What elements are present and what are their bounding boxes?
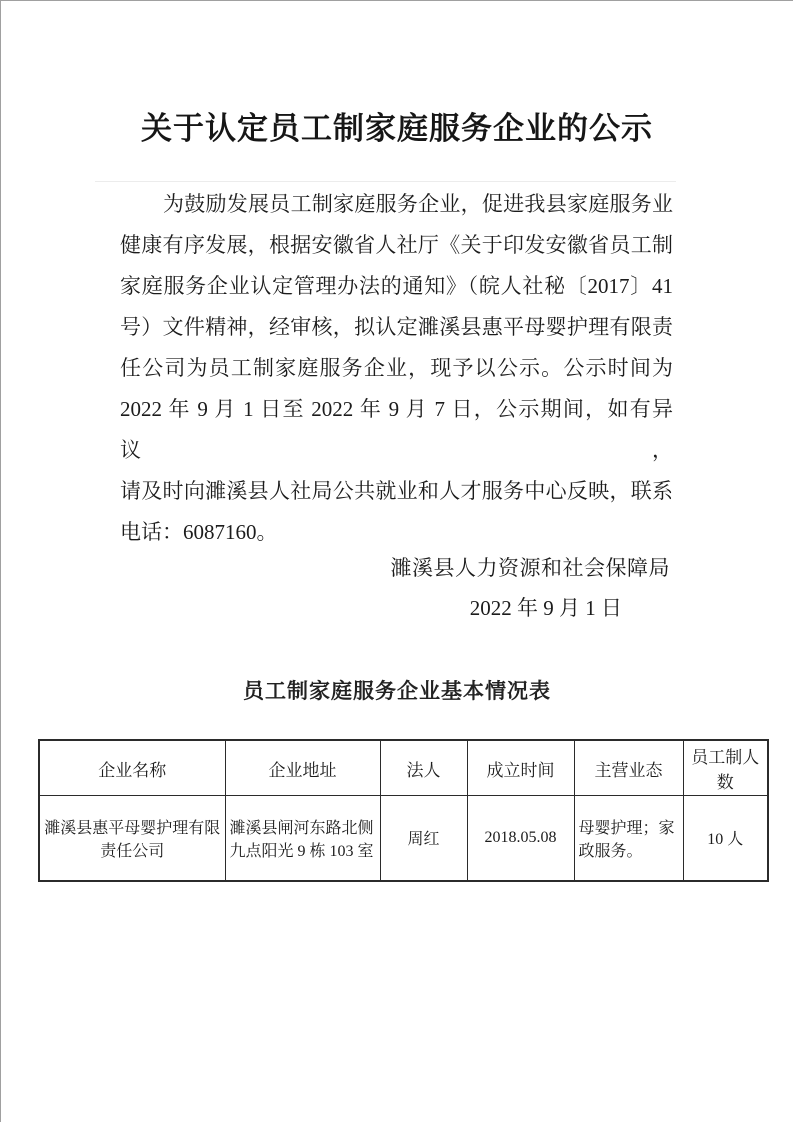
col-header-founded-date: 成立时间 bbox=[467, 740, 574, 796]
col-header-employee-count: 员工制人数 bbox=[683, 740, 768, 796]
cell-company-name: 濉溪县惠平母婴护理有限责任公司 bbox=[39, 796, 225, 881]
col-header-business-type: 主营业态 bbox=[574, 740, 683, 796]
faint-divider bbox=[95, 181, 676, 182]
page-title: 关于认定员工制家庭服务企业的公示 bbox=[1, 103, 793, 148]
enterprise-info-table: 企业名称 企业地址 法人 成立时间 主营业态 员工制人数 濉溪县惠平母婴护理有限… bbox=[38, 739, 769, 882]
issue-date: 2022 年 9 月 1 日 bbox=[470, 592, 622, 622]
issuer-signature: 濉溪县人力资源和社会保障局 bbox=[391, 552, 671, 582]
body-line: 请及时向濉溪县人社局公共就业和人才服务中心反映，联系 bbox=[120, 471, 673, 512]
col-header-legal-person: 法人 bbox=[380, 740, 467, 796]
table-caption: 员工制家庭服务企业基本情况表 bbox=[1, 675, 793, 705]
col-header-address: 企业地址 bbox=[225, 740, 380, 796]
body-line: 任公司为员工制家庭服务企业，现予以公示。公示时间为 bbox=[120, 348, 673, 389]
body-line: 健康有序发展，根据安徽省人社厅《关于印发安徽省员工制 bbox=[120, 225, 673, 266]
cell-address: 濉溪县闸河东路北侧九点阳光 9 栋 103 室 bbox=[225, 796, 380, 881]
announcement-page: 关于认定员工制家庭服务企业的公示 为鼓励发展员工制家庭服务企业，促进我县家庭服务… bbox=[0, 0, 793, 1122]
table-row: 濉溪县惠平母婴护理有限责任公司 濉溪县闸河东路北侧九点阳光 9 栋 103 室 … bbox=[39, 796, 768, 881]
body-line: 电话：6087160。 bbox=[120, 512, 673, 553]
body-line: 为鼓励发展员工制家庭服务企业，促进我县家庭服务业 bbox=[120, 184, 673, 225]
col-header-company-name: 企业名称 bbox=[39, 740, 225, 796]
cell-business-type: 母婴护理；家政服务。 bbox=[574, 796, 683, 881]
cell-legal-person: 周红 bbox=[380, 796, 467, 881]
cell-employee-count: 10 人 bbox=[683, 796, 768, 881]
body-line: 2022 年 9 月 1 日至 2022 年 9 月 7 日，公示期间，如有异议… bbox=[120, 389, 673, 471]
cell-founded-date: 2018.05.08 bbox=[467, 796, 574, 881]
announcement-body: 为鼓励发展员工制家庭服务企业，促进我县家庭服务业 健康有序发展，根据安徽省人社厅… bbox=[120, 184, 673, 553]
body-line: 号）文件精神，经审核，拟认定濉溪县惠平母婴护理有限责 bbox=[120, 307, 673, 348]
body-line: 家庭服务企业认定管理办法的通知》（皖人社秘〔2017〕41 bbox=[120, 266, 673, 307]
table-header-row: 企业名称 企业地址 法人 成立时间 主营业态 员工制人数 bbox=[39, 740, 768, 796]
